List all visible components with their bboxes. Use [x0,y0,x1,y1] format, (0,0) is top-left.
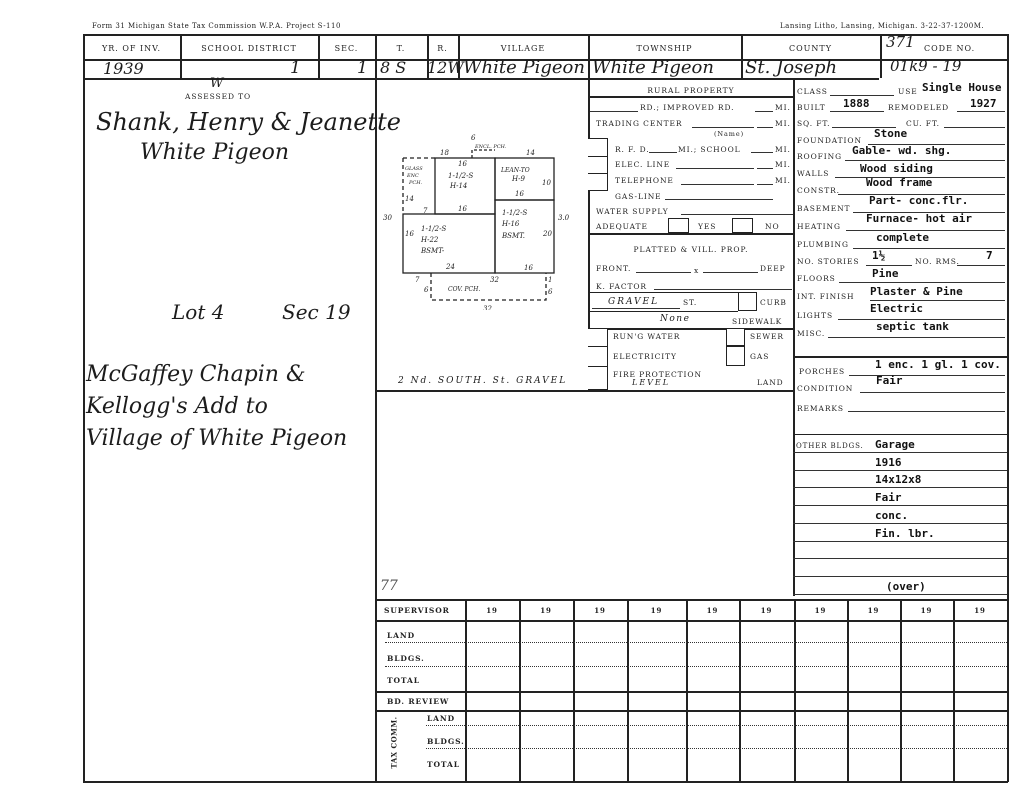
running-water-label: RUN'G WATER [613,332,680,341]
porches-label: PORCHES [799,367,845,376]
int-finish-value[interactable]: Plaster & Pine [870,285,963,298]
supervisor-total-label: TOTAL [387,676,420,685]
other-bldgs-line[interactable]: Garage [875,438,915,451]
cuft-label: CU. FT. [906,119,940,128]
built-value[interactable]: 1888 [843,97,870,110]
lot-section[interactable]: Sec 19 [282,300,351,324]
year-column-header: 19 [847,606,900,615]
valuation-cell[interactable] [519,749,573,781]
svg-text:7: 7 [423,207,428,215]
valuation-cell[interactable] [794,691,847,710]
svg-text:10: 10 [542,179,551,187]
elec-mi-label: MI. [775,160,791,169]
valuation-cell[interactable] [465,726,519,749]
lights-label: LIGHTS [797,311,833,320]
valuation-cell[interactable] [847,667,900,691]
sec-value[interactable]: 1 [357,58,368,78]
foundation-value[interactable]: Stone [874,127,907,140]
constr-label: CONSTR. [797,186,840,195]
elec-line-label: ELEC. LINE [615,160,670,169]
valuation-cell[interactable] [686,643,739,667]
svg-text:H-14: H-14 [449,182,467,190]
svg-text:H-16: H-16 [501,220,520,228]
supervisor-land-label: LAND [387,631,415,640]
k-factor-label: K. FACTOR [596,282,647,291]
valuation-cell[interactable] [900,667,953,691]
valuation-cell[interactable] [519,667,573,691]
valuation-cell[interactable] [627,726,686,749]
valuation-cell[interactable] [573,710,627,726]
valuation-cell[interactable] [953,726,1007,749]
svg-text:18: 18 [440,149,449,157]
electricity-label: ELECTRICITY [613,352,677,361]
svg-text:16: 16 [515,190,524,198]
deep-label: DEEP [760,264,786,273]
legal-desc-line-1[interactable]: McGaffey Chapin & [86,362,306,387]
year-column-header: 19 [465,606,519,615]
valuation-cell[interactable] [900,749,953,781]
built-label: BUILT [797,103,826,112]
t-label: T. [375,44,427,53]
sqft-label: SQ. FT. [797,119,830,128]
year-column-header: 19 [686,606,739,615]
remarks-label: REMARKS [797,404,844,413]
other-bldgs-line[interactable]: Fair [875,491,902,504]
valuation-cell[interactable] [739,667,794,691]
svg-text:GLASS: GLASS [405,166,423,172]
valuation-cell[interactable] [900,620,953,643]
assessed-annotation: W [210,76,223,91]
svg-text:LEAN-TO: LEAN-TO [500,167,530,174]
st-label: ST. [683,298,697,307]
valuation-cell[interactable] [573,667,627,691]
valuation-cell[interactable] [953,691,1007,710]
county-value[interactable]: St. Joseph [745,57,837,78]
svg-text:H-9: H-9 [511,175,525,183]
land-value[interactable]: LEVEL [632,378,670,387]
street-type-value[interactable]: GRAVEL [608,297,659,307]
svg-text:24: 24 [445,263,455,271]
school-label: MI.; SCHOOL [678,145,741,154]
condition-label: CONDITION [797,384,853,393]
valuation-cell[interactable] [953,710,1007,726]
svg-text:16: 16 [458,160,467,168]
tax-comm-total-label: TOTAL [427,760,460,769]
constr-value[interactable]: Wood frame [866,176,932,189]
year-column-header: 19 [573,606,627,615]
front-label: FRONT. [596,264,631,273]
supervisor-label: SUPERVISOR [384,606,450,615]
other-bldgs-line[interactable]: (over) [886,580,926,593]
roofing-value[interactable]: Gable- wd. shg. [852,144,951,157]
valuation-cell[interactable] [847,749,900,781]
floors-label: FLOORS [797,274,836,283]
walls-label: WALLS [797,169,829,178]
valuation-cell[interactable] [465,620,519,643]
rooms-label: NO. RMS. [915,257,960,266]
valuation-cell[interactable] [953,749,1007,781]
valuation-cell[interactable] [519,620,573,643]
supervisor-bldgs-label: BLDGS. [387,654,425,663]
legal-desc-line-2[interactable]: Kellogg's Add to [86,394,268,419]
trading-mi-label: MI. [775,119,791,128]
sewer-checkbox[interactable] [726,328,745,346]
valuation-cell[interactable] [465,749,519,781]
svg-text:1-1/2-S: 1-1/2-S [448,172,473,180]
tax-comm-bldgs-label: BLDGS. [427,737,465,746]
svg-text:16: 16 [524,264,533,272]
valuation-cell[interactable] [847,643,900,667]
valuation-cell[interactable] [573,749,627,781]
plumbing-value[interactable]: complete [876,231,929,244]
svg-text:14: 14 [405,195,414,203]
svg-text:1-1/2-S: 1-1/2-S [502,209,527,217]
valuation-cell[interactable] [519,691,573,710]
roofing-label: ROOFING [797,152,842,161]
remodeled-label: REMODELED [888,103,949,112]
valuation-cell[interactable] [739,643,794,667]
int-finish-label: INT. FINISH [797,292,854,301]
svg-text:30: 30 [383,214,392,222]
plumbing-label: PLUMBING [797,240,849,249]
r-label: R. [427,44,458,53]
platted-checkbox-column [588,328,608,390]
sidewalk-value[interactable]: None [660,314,690,324]
valuation-cell[interactable] [847,710,900,726]
other-bldgs-line[interactable]: 14x12x8 [875,473,921,486]
year-column-header: 19 [953,606,1007,615]
tax-comm-label: TAX COMM. [390,716,399,768]
svg-text:7: 7 [415,276,420,284]
stories-value[interactable]: 1½ [872,249,885,262]
owner-address[interactable]: White Pigeon [140,140,289,165]
valuation-cell[interactable] [627,710,686,726]
valuation-cell[interactable] [465,667,519,691]
valuation-cell[interactable] [953,667,1007,691]
curb-label: CURB [760,298,787,307]
svg-text:COV. PCH.: COV. PCH. [448,286,480,293]
assessed-to-label: ASSESSED TO [185,92,251,101]
valuation-cell[interactable] [900,710,953,726]
valuation-cell[interactable] [519,710,573,726]
gas-checkbox[interactable] [726,346,745,366]
rooms-value[interactable]: 7 [986,249,993,262]
village-label: VILLAGE [458,44,588,53]
valuation-cell[interactable] [900,643,953,667]
x-label: x [694,266,699,275]
use-value[interactable]: Single House [922,81,1001,94]
gas-line-label: GAS-LINE [615,192,662,201]
svg-text:1: 1 [548,276,552,284]
other-bldgs-line[interactable]: 1916 [875,456,902,469]
walls-value[interactable]: Wood siding [860,162,933,175]
adequate-label: ADEQUATE [596,222,648,231]
valuation-cell[interactable] [686,726,739,749]
floors-value[interactable]: Pine [872,267,899,280]
valuation-cell[interactable] [900,726,953,749]
building-sketch: 6 ENCL. PCH. 18 14 16 GLASS ENC PCH. 14 … [378,130,588,310]
valuation-cell[interactable] [953,643,1007,667]
platted-title: PLATTED & VILL. PROP. [588,245,794,254]
curb-checkbox[interactable] [738,292,757,311]
bd-review-label: BD. REVIEW [387,697,449,706]
adequate-yes-checkbox[interactable] [668,218,689,233]
svg-text:BSMT.: BSMT. [501,232,525,240]
valuation-cell[interactable] [686,667,739,691]
rfd-mi-label: MI. [775,145,791,154]
valuation-cell[interactable] [739,691,794,710]
svg-text:16: 16 [405,230,414,238]
form-title: Form 31 Michigan State Tax Commission W.… [92,22,341,30]
yr-of-inv-label: YR. OF INV. [83,44,180,53]
valuation-cell[interactable] [465,691,519,710]
rfd-label: R. F. D. [615,145,650,154]
svg-text:3.0: 3.0 [558,214,570,222]
year-column-header: 19 [900,606,953,615]
valuation-cell[interactable] [573,726,627,749]
code-no-annotation: 371 [886,33,915,51]
svg-text:16: 16 [458,205,467,213]
county-label: COUNTY [741,44,880,53]
valuation-cell[interactable] [739,620,794,643]
margin-note: 77 [380,578,398,594]
valuation-cell[interactable] [686,749,739,781]
valuation-cell[interactable] [847,620,900,643]
valuation-cell[interactable] [794,726,847,749]
svg-text:32: 32 [490,276,499,284]
svg-text:BSMT-: BSMT- [420,247,445,255]
valuation-cell[interactable] [627,643,686,667]
remodeled-value[interactable]: 1927 [970,97,997,110]
valuation-cell[interactable] [686,620,739,643]
basement-value[interactable]: Part- conc.flr. [869,194,968,207]
owner-name[interactable]: Shank, Henry & Jeanette [96,108,401,136]
year-column-header: 19 [627,606,686,615]
heating-label: HEATING [797,222,841,231]
township-value[interactable]: White Pigeon [592,57,714,78]
valuation-cell[interactable] [465,710,519,726]
valuation-cell[interactable] [739,726,794,749]
valuation-cell[interactable] [686,691,739,710]
valuation-cell[interactable] [573,691,627,710]
valuation-cell[interactable] [573,643,627,667]
gas-label: GAS [750,352,769,361]
adequate-no-checkbox[interactable] [732,218,753,233]
year-column-header: 19 [739,606,794,615]
valuation-cell[interactable] [739,710,794,726]
heating-value[interactable]: Furnace- hot air [866,212,972,225]
class-label: CLASS [797,87,828,96]
svg-text:6: 6 [424,286,429,294]
svg-text:ENC: ENC [406,173,419,179]
valuation-cell[interactable] [794,749,847,781]
valuation-cell[interactable] [794,620,847,643]
school-district-value[interactable]: 1 [290,58,301,78]
valuation-cell[interactable] [794,643,847,667]
valuation-cell[interactable] [519,726,573,749]
stories-label: NO. STORIES [797,257,859,266]
valuation-cell[interactable] [794,710,847,726]
sidewalk-label: SIDEWALK [732,317,782,326]
sec-label: SEC. [318,44,375,53]
other-bldgs-label: OTHER BLDGS. [796,442,864,450]
svg-text:H-22: H-22 [420,236,439,244]
telephone-label: TELEPHONE [615,176,674,185]
valuation-cell[interactable] [847,726,900,749]
t-value[interactable]: 8 S [380,58,406,77]
yes-label: YES [698,222,716,231]
use-label: USE [898,87,918,96]
trading-name-label: (Name) [714,130,744,138]
valuation-cell[interactable] [686,710,739,726]
other-bldgs-line[interactable]: conc. [875,509,908,522]
basement-label: BASEMENT [797,204,850,213]
year-column-header: 19 [519,606,573,615]
misc-value[interactable]: septic tank [876,320,949,333]
yr-of-inv-value[interactable]: 1939 [103,59,144,78]
condition-value[interactable]: Fair [876,374,903,387]
school-district-label: SCHOOL DISTRICT [180,44,318,53]
svg-text:PCH.: PCH. [408,180,423,186]
code-no-label: CODE NO. [924,44,975,53]
svg-text:20: 20 [542,230,552,238]
svg-text:32: 32 [483,305,492,310]
village-value[interactable]: White Pigeon [463,57,585,78]
lot-number[interactable]: Lot 4 [172,300,224,324]
code-no-value[interactable]: 01k9 - 19 [890,57,961,75]
valuation-cell[interactable] [794,667,847,691]
land-label: LAND [757,378,784,387]
r-value[interactable]: 12W [427,58,464,77]
lights-value[interactable]: Electric [870,302,923,315]
svg-text:1-1/2-S: 1-1/2-S [421,225,446,233]
rural-checkbox-column [588,138,608,191]
printer-note: Lansing Litho, Lansing, Michigan. 3-22-3… [780,22,984,30]
sewer-label: SEWER [750,332,784,341]
valuation-cell[interactable] [573,620,627,643]
township-label: TOWNSHIP [588,44,741,53]
valuation-cell[interactable] [847,691,900,710]
no-label: NO [765,222,780,231]
other-bldgs-line[interactable]: Fin. lbr. [875,527,935,540]
valuation-cell[interactable] [953,620,1007,643]
misc-label: MISC. [797,329,825,338]
tax-comm-land-label: LAND [427,714,455,723]
rural-property-title: RURAL PROPERTY [588,86,794,95]
valuation-cell[interactable] [627,667,686,691]
valuation-cell[interactable] [627,620,686,643]
trading-center-label: TRADING CENTER [596,119,682,128]
legal-desc-line-3[interactable]: Village of White Pigeon [86,426,347,451]
porches-value[interactable]: 1 enc. 1 gl. 1 cov. [875,358,1001,371]
svg-text:6: 6 [471,134,476,142]
valuation-cell[interactable] [627,691,686,710]
valuation-cell[interactable] [627,749,686,781]
telephone-mi-label: MI. [775,176,791,185]
valuation-cell[interactable] [739,749,794,781]
valuation-cell[interactable] [900,691,953,710]
rd-improved-label: RD.; IMPROVED RD. [640,103,734,112]
water-supply-label: WATER SUPPLY [596,207,669,216]
rd-mi-label: MI. [775,103,791,112]
svg-text:14: 14 [526,149,535,157]
valuation-cell[interactable] [465,643,519,667]
street-note: 2 Nd. SOUTH. St. GRAVEL [398,376,567,386]
year-column-header: 19 [794,606,847,615]
svg-text:ENCL. PCH.: ENCL. PCH. [474,144,507,150]
valuation-cell[interactable] [519,643,573,667]
svg-text:6: 6 [548,288,553,296]
